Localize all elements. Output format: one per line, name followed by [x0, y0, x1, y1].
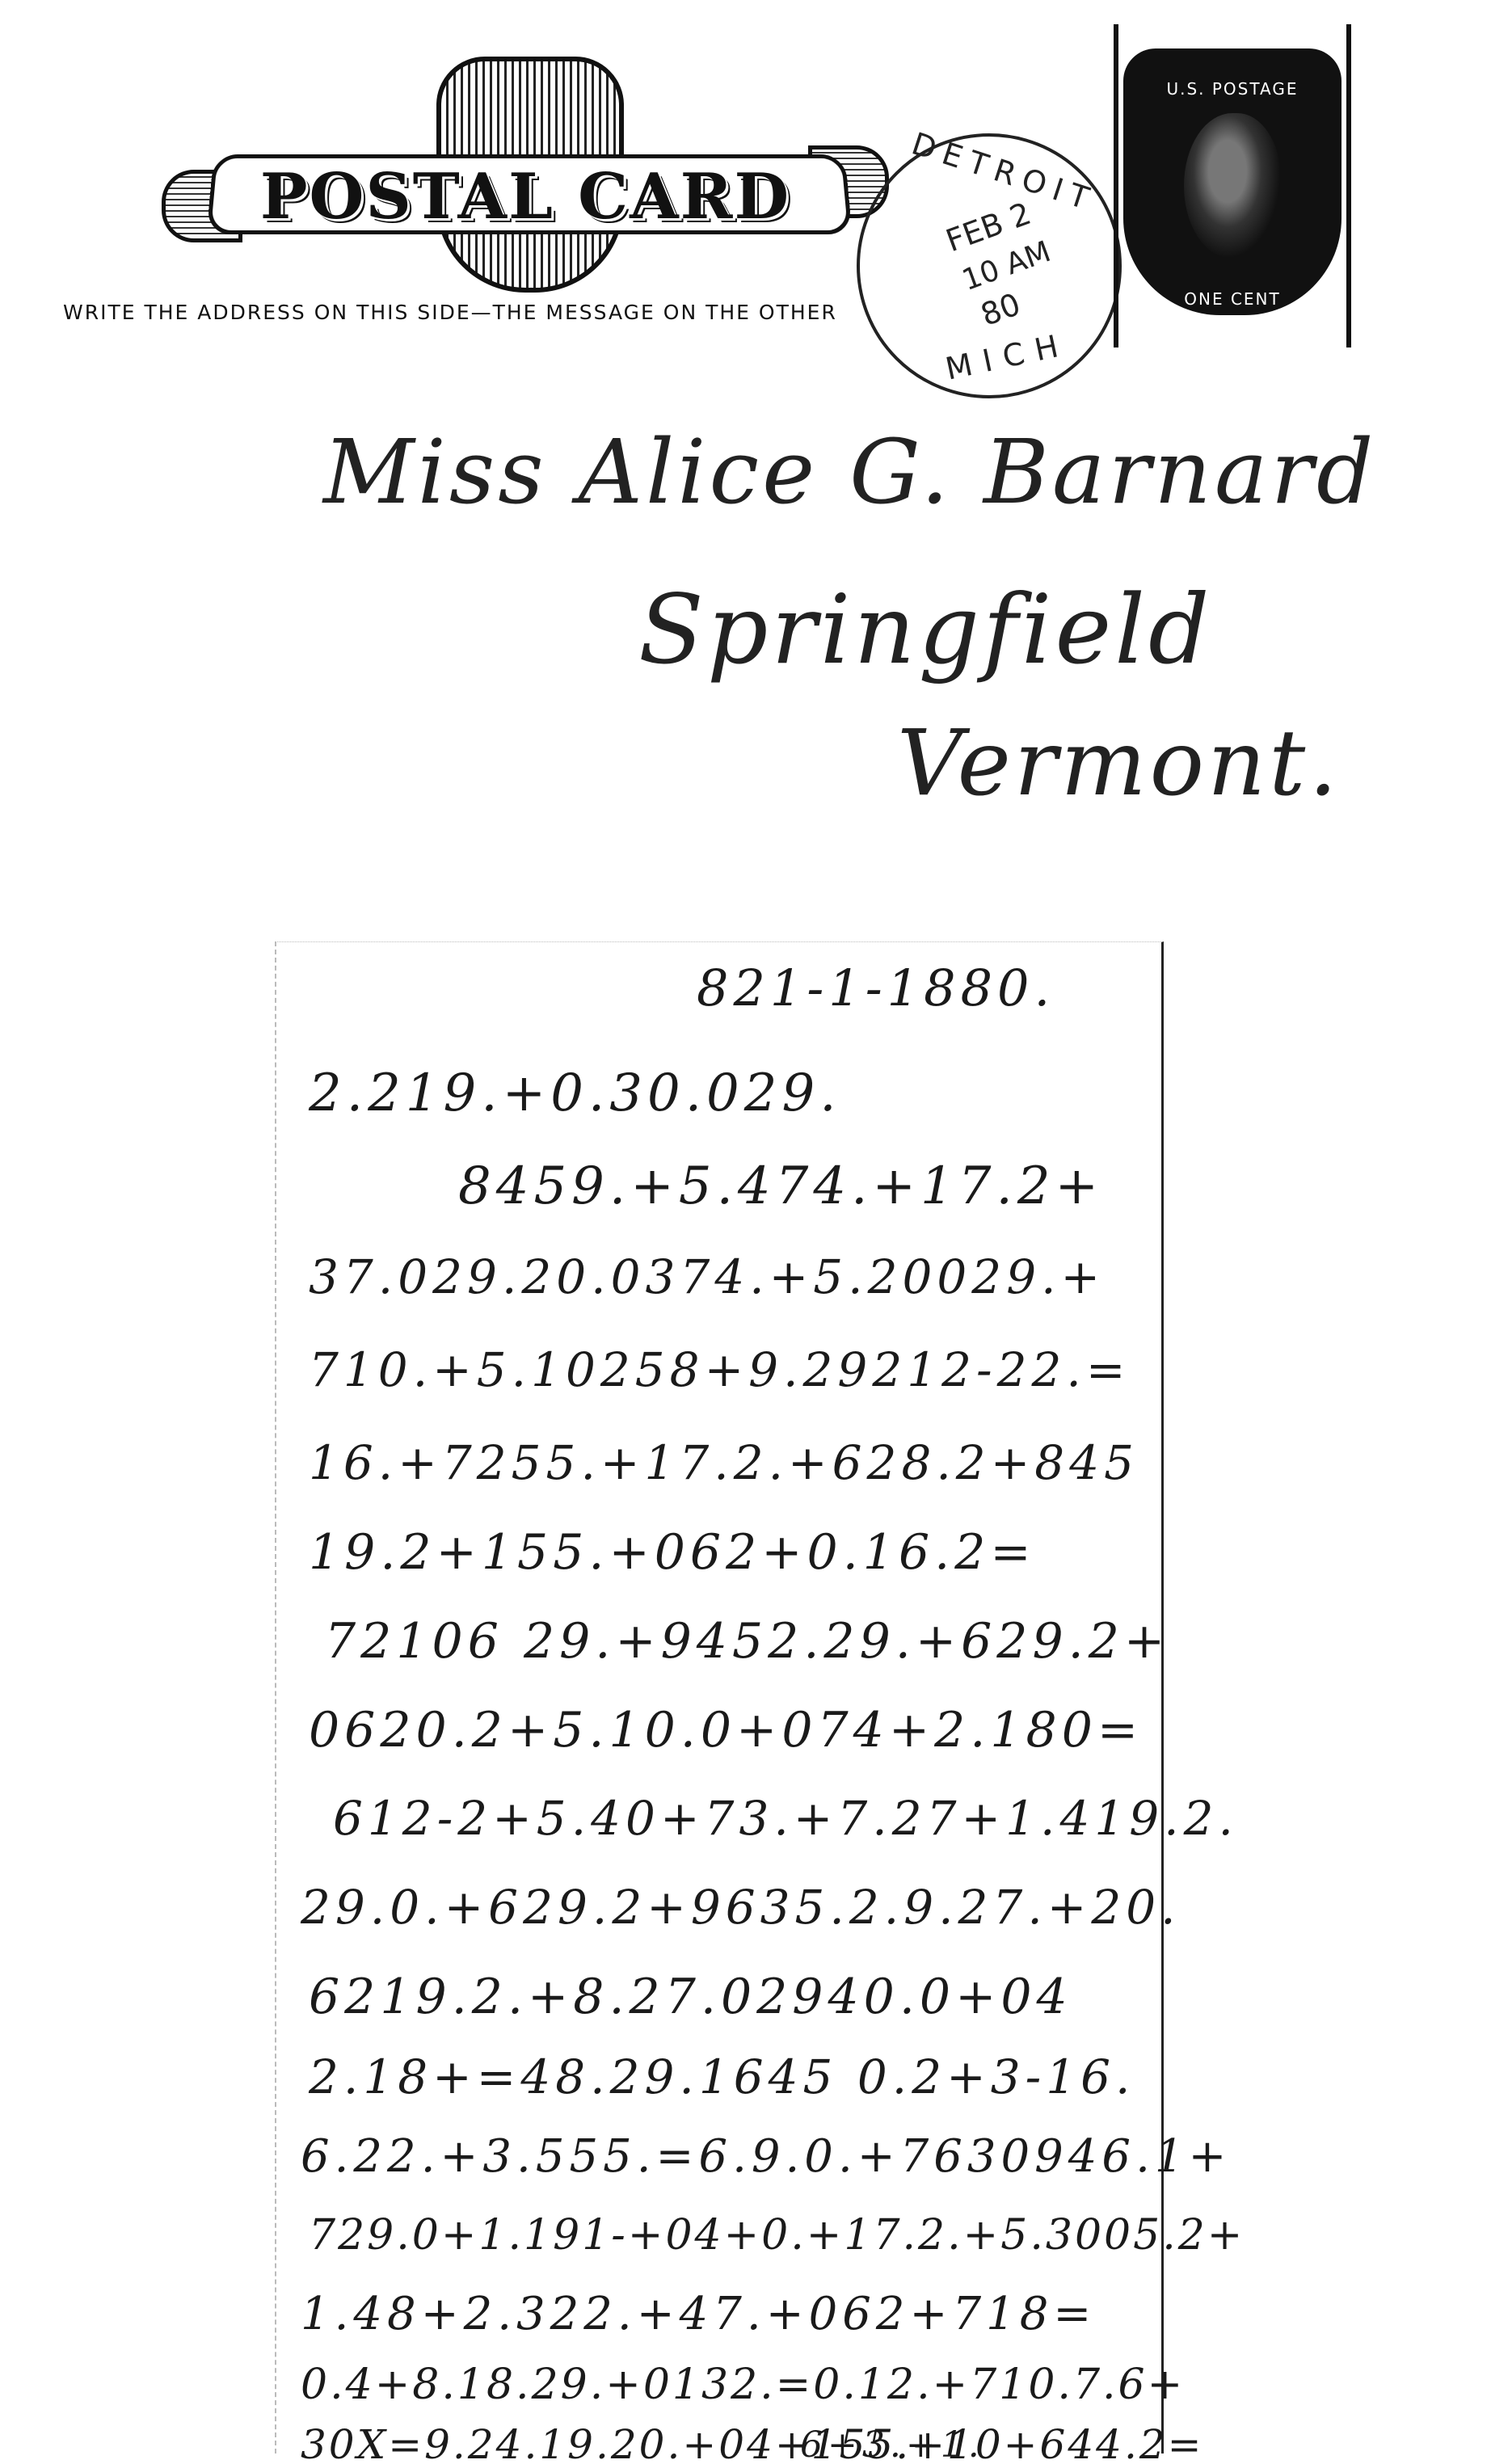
stamp-spear-right-icon	[1346, 24, 1351, 347]
message-date: 821-1-1880.	[697, 958, 1055, 1017]
postage-stamp: U.S. POSTAGE ONE CENT	[1107, 16, 1358, 356]
message-line: 6+3.+1.	[800, 2424, 984, 2464]
recipient-city: Springfield	[638, 574, 1213, 685]
ribbon-scroll: POSTAL CARD	[162, 137, 889, 234]
message-line: 1.48+2.322.+47.+062+718=	[301, 2288, 1096, 2340]
postmark-cancel: DETROIT FEB 2 10 AM 80 MICH	[857, 133, 1122, 398]
recipient-state: Vermont.	[897, 711, 1341, 816]
message-line: 72106 29.+9452.29.+629.2+	[325, 1613, 1169, 1670]
liberty-portrait-icon	[1184, 113, 1281, 259]
message-line: 6219.2.+8.27.02940.0+04	[309, 1969, 1072, 2025]
recipient-name: Miss Alice G. Barnard	[323, 420, 1376, 524]
postmark-state: MICH	[942, 326, 1072, 386]
message-line: 29.0.+629.2+9635.2.9.27.+20.	[301, 1880, 1181, 1935]
card-title: POSTAL CARD	[242, 160, 808, 234]
stamp-spear-left-icon	[1114, 24, 1118, 347]
message-line: 710.+5.10258+9.29212-22.=	[309, 1342, 1130, 1397]
message-line: 2.219.+0.30.029.	[309, 1064, 841, 1123]
message-area: 821-1-1880. 2.219.+0.30.029. 8459.+5.474…	[275, 941, 1164, 2453]
stamp-denomination: ONE CENT	[1139, 289, 1325, 309]
postmark-year: 80	[976, 286, 1025, 333]
message-line: 6.22.+3.555.=6.9.0.+7630946.1+	[301, 2130, 1231, 2183]
stamp-top-text: U.S. POSTAGE	[1139, 79, 1325, 99]
message-line: 30X=9.24.19.20.+04+155.+10+644.2=	[301, 2421, 1204, 2464]
address-instruction: WRITE THE ADDRESS ON THIS SIDE—THE MESSA…	[63, 301, 837, 324]
message-line: 8459.+5.474.+17.2+	[458, 1156, 1103, 1216]
message-line: 19.2+155.+062+0.16.2=	[309, 1524, 1036, 1581]
message-line: 0.4+8.18.29.+0132.=0.12.+710.7.6+	[301, 2361, 1185, 2409]
message-line: 2.18+=48.29.1645 0.2+3-16.	[309, 2049, 1135, 2104]
message-line: 729.0+1.191-+04+0.+17.2.+5.3005.2+	[309, 2211, 1245, 2260]
postal-card-banner: POSTAL CARD	[162, 48, 889, 291]
message-line: 612-2+5.40+73.+7.27+1.419.2.	[333, 1791, 1238, 1846]
message-line: 37.029.20.0374.+5.20029.+	[309, 1249, 1105, 1304]
message-line: 0620.2+5.10.0+074+2.180=	[309, 1702, 1143, 1758]
message-line: 16.+7255.+17.2.+628.2+845	[309, 1435, 1139, 1490]
